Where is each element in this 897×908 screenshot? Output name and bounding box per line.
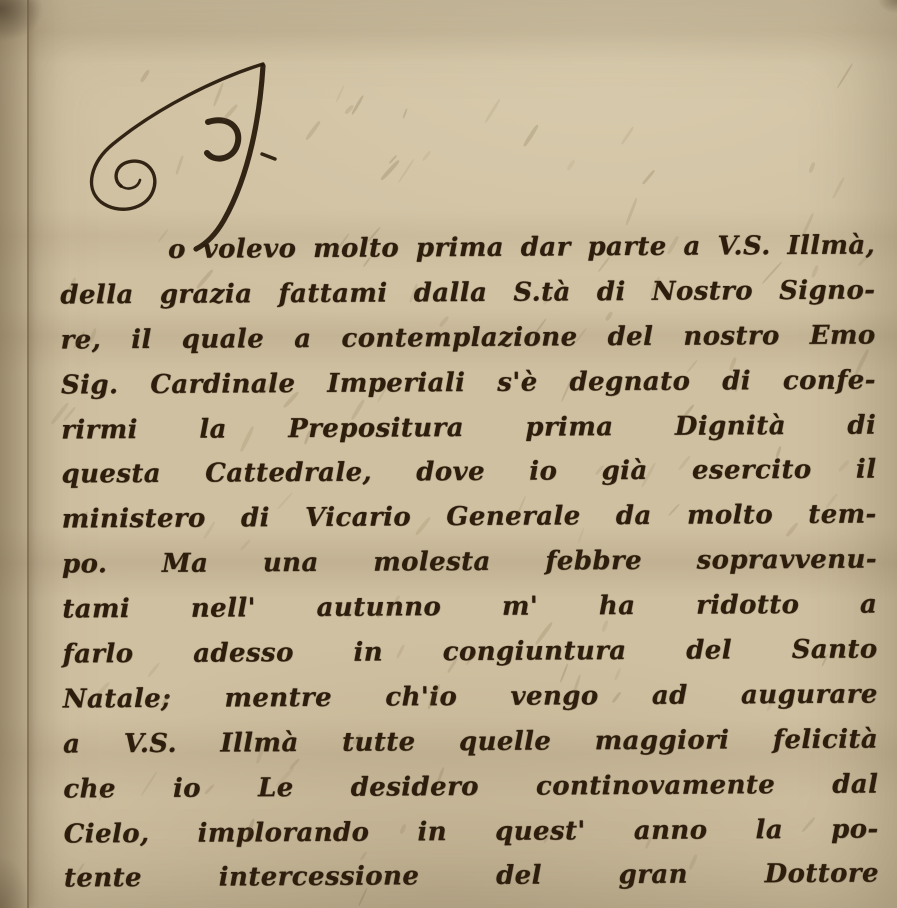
left-fold-crease bbox=[0, 0, 29, 908]
verso-showthrough-mark bbox=[344, 104, 355, 115]
verso-showthrough-mark bbox=[335, 85, 345, 102]
manuscript-line: Natale; mentre ch'io vengo ad augurare bbox=[63, 672, 878, 722]
verso-showthrough-mark bbox=[221, 103, 238, 122]
verso-showthrough-mark bbox=[351, 95, 365, 116]
verso-showthrough-mark bbox=[174, 156, 183, 176]
verso-showthrough-mark bbox=[808, 162, 816, 174]
verso-showthrough-mark bbox=[421, 150, 431, 162]
manuscript-line: ministero di Vicario Generale da molto t… bbox=[62, 493, 877, 543]
manuscript-photograph: o volevo molto prima dar parte a V.S. Il… bbox=[0, 0, 897, 908]
verso-showthrough-mark bbox=[641, 169, 655, 185]
verso-showthrough-mark bbox=[389, 155, 398, 165]
verso-showthrough-mark bbox=[304, 120, 321, 141]
verso-showthrough-mark bbox=[625, 198, 638, 226]
manuscript-line: tami nell' autunno m' ha ridotto a bbox=[62, 583, 877, 633]
manuscript-line: farlo adesso in congiuntura del Santo bbox=[62, 628, 877, 678]
verso-showthrough-mark bbox=[397, 159, 414, 184]
verso-showthrough-mark bbox=[484, 98, 502, 123]
verso-showthrough-mark bbox=[837, 62, 855, 88]
verso-showthrough-mark bbox=[380, 160, 400, 182]
verso-showthrough-mark bbox=[139, 69, 150, 83]
manuscript-line: a V.S. Illmà tutte quelle maggiori felic… bbox=[63, 717, 878, 767]
manuscript-line: che io Le desidero continovamente dal bbox=[63, 762, 878, 812]
verso-showthrough-mark bbox=[620, 126, 634, 145]
manuscript-line: questa Cattedrale, dove io già esercito … bbox=[61, 448, 876, 498]
manuscript-line: re, il quale a contemplazione del nostro… bbox=[60, 313, 875, 363]
manuscript-line: po. Ma una molesta febbre sopravvenu- bbox=[62, 538, 877, 588]
verso-showthrough-mark bbox=[566, 158, 576, 170]
manuscript-line: tente intercessione del gran Dottore bbox=[64, 852, 879, 902]
manuscript-line: della grazia fattami dalla S.tà di Nostr… bbox=[60, 268, 875, 318]
verso-showthrough-mark bbox=[402, 108, 408, 119]
verso-showthrough-mark bbox=[522, 124, 538, 147]
verso-showthrough-mark bbox=[832, 176, 846, 199]
manuscript-line: o volevo molto prima dar parte a V.S. Il… bbox=[60, 224, 875, 274]
flourished-initial-I bbox=[58, 52, 308, 252]
manuscript-line: Sig. Cardinale Imperiali s'è degnato di … bbox=[61, 358, 876, 408]
letter-body: o volevo molto prima dar parte a V.S. Il… bbox=[60, 224, 879, 902]
letter-page: o volevo molto prima dar parte a V.S. Il… bbox=[0, 0, 897, 908]
verso-showthrough-mark bbox=[212, 82, 224, 106]
manuscript-line: Cielo, implorando in quest' anno la po- bbox=[64, 807, 879, 857]
manuscript-line: rirmi la Prepositura prima Dignità di bbox=[61, 403, 876, 453]
initial-flourish-drawing bbox=[58, 52, 308, 252]
